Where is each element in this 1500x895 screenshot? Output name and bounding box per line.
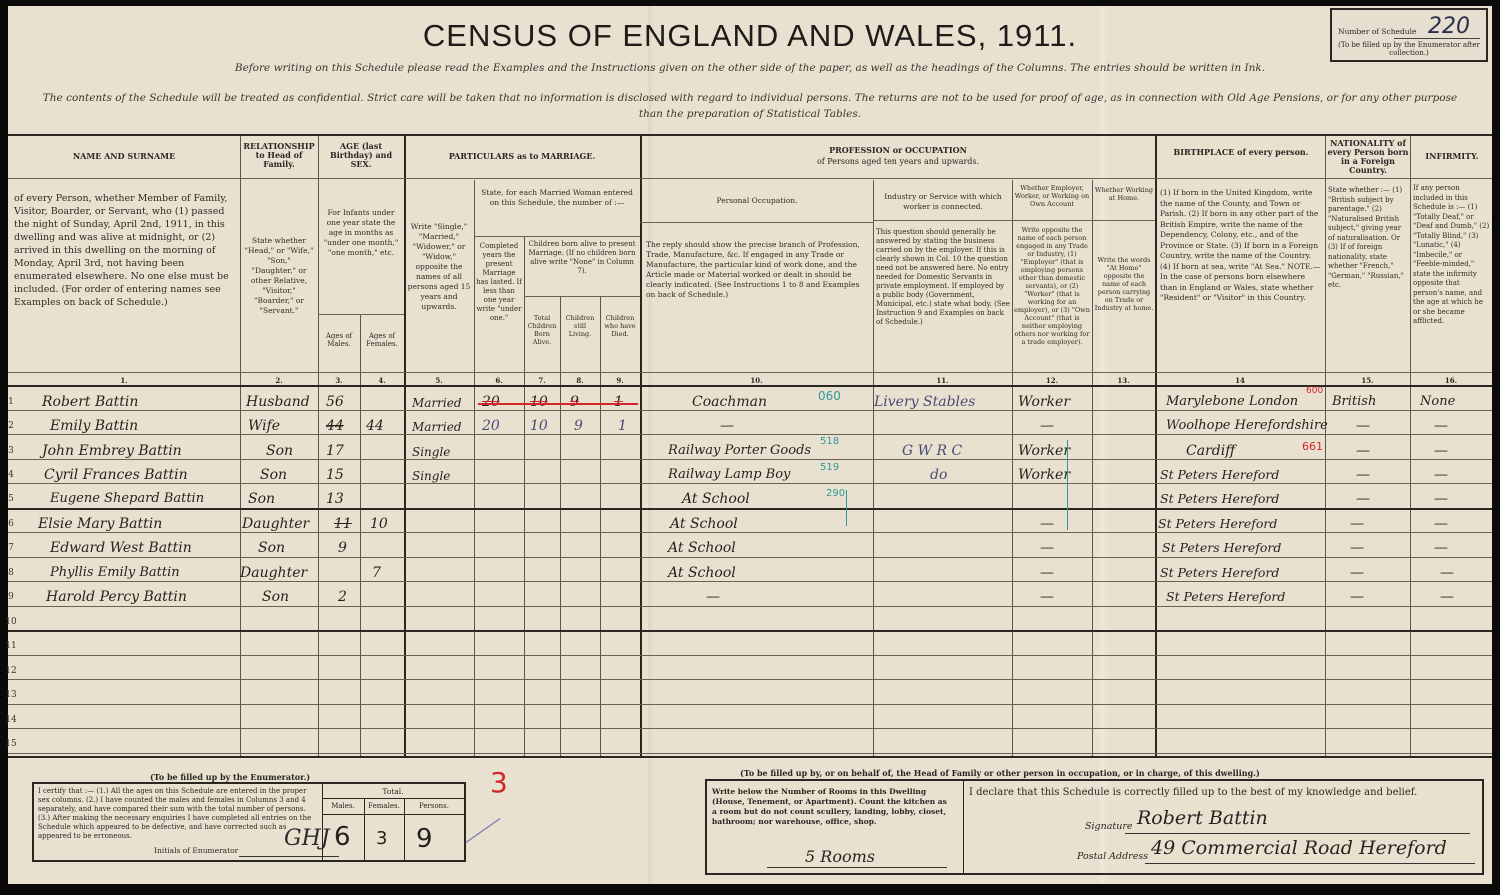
employer-instructions: Write opposite the name of each person e… — [1014, 226, 1090, 346]
row-divider — [8, 459, 1492, 460]
nationality: — — [1356, 418, 1370, 434]
column-number: 2. — [240, 376, 318, 385]
persons-label: Persons. — [404, 802, 464, 810]
employment-status: — — [1040, 418, 1054, 434]
column-number: 5. — [404, 376, 474, 385]
infirmity: — — [1434, 418, 1448, 434]
industry: G W R C — [902, 443, 962, 459]
nationality: — — [1356, 467, 1370, 483]
person-name: Cyril Frances Battin — [44, 467, 188, 483]
children-living: 9 — [570, 394, 579, 410]
row-number: 4 — [2, 470, 20, 480]
divider — [1012, 220, 1155, 221]
divider — [474, 236, 640, 237]
row-number: 14 — [2, 715, 20, 725]
row-divider — [8, 704, 1492, 705]
age-female: 44 — [366, 418, 384, 434]
infirmity: None — [1420, 394, 1455, 409]
signature-label: Signature — [1085, 821, 1133, 832]
infirmity: — — [1434, 491, 1448, 507]
occupation: At School — [682, 491, 750, 507]
schedule-note: (To be filled up by the Enumerator after… — [1336, 41, 1482, 57]
initials-label: Initials of Enumerator — [154, 846, 238, 855]
header-age: AGE (last Birthday) and SEX. — [320, 142, 402, 169]
children-total: 10 — [530, 418, 548, 434]
row-divider — [8, 532, 1492, 533]
occupation: Railway Porter Goods — [668, 443, 811, 458]
divider — [1325, 136, 1326, 756]
birthplace: St Peters Hereford — [1162, 540, 1281, 555]
children-total: 10 — [530, 394, 548, 410]
birthplace-code: 600 — [1306, 386, 1323, 396]
employment-status: — — [1040, 540, 1054, 556]
ages-males-label: Ages of Males. — [320, 332, 358, 348]
occupation-code: 290 — [826, 488, 845, 499]
relationship: Son — [260, 467, 287, 483]
person-name: Edward West Battin — [50, 540, 192, 556]
enumerator-check-mark — [846, 490, 847, 526]
signature: Robert Battin — [1137, 807, 1268, 829]
column-number: 8. — [560, 376, 600, 385]
divider — [240, 136, 241, 756]
birthplace: St Peters Hereford — [1158, 516, 1277, 531]
birthplace: Marylebone London — [1166, 394, 1298, 409]
person-name: John Embrey Battin — [42, 443, 182, 459]
age-male: 2 — [338, 589, 347, 605]
divider — [524, 296, 640, 297]
row-number: 5 — [2, 494, 20, 504]
divider — [873, 220, 1012, 221]
schedule-number-label: Number of Schedule — [1338, 27, 1416, 36]
employment-status: — — [1040, 589, 1054, 605]
person-name: Elsie Mary Battin — [38, 516, 162, 532]
females-label: Females. — [364, 802, 404, 810]
married-woman-instructions: State, for each Married Woman entered on… — [478, 188, 636, 208]
employer-label: Whether Employer, Worker, or Working on … — [1014, 184, 1090, 208]
red-annotation: 3 — [490, 766, 508, 799]
row-divider — [8, 679, 1492, 680]
age-instructions: For Infants under one year state the age… — [322, 208, 400, 258]
divider — [322, 814, 464, 815]
relationship: Daughter — [240, 565, 307, 581]
females-total: 3 — [376, 828, 387, 849]
relationship-instructions: State whether "Head," or "Wife," "Son," … — [244, 236, 314, 316]
birthplace: St Peters Hereford — [1160, 467, 1279, 482]
children-died: 1 — [614, 394, 623, 410]
row-divider — [8, 434, 1492, 435]
row-number: 2 — [2, 421, 20, 431]
nationality: — — [1356, 443, 1370, 459]
header-infirmity: INFIRMITY. — [1412, 152, 1492, 161]
rooms-count: 5 Rooms — [805, 847, 875, 866]
persons-total: 9 — [416, 824, 433, 854]
employment-status: Worker — [1018, 467, 1070, 483]
declaration: I declare that this Schedule is correctl… — [969, 787, 1417, 798]
divider — [1125, 833, 1470, 834]
industry: do — [930, 467, 947, 483]
column-number: 13. — [1092, 376, 1155, 385]
divider — [1092, 180, 1093, 756]
row-number: 12 — [2, 666, 20, 676]
column-number: 4. — [360, 376, 404, 385]
column-number: 1. — [8, 376, 240, 385]
column-number: 7. — [524, 376, 560, 385]
nationality: British — [1332, 394, 1376, 409]
divider — [873, 180, 874, 756]
divider — [767, 867, 947, 868]
row-number: 15 — [2, 739, 20, 749]
marital-condition: Single — [412, 445, 450, 459]
divider — [8, 178, 1492, 179]
row-number: 9 — [2, 592, 20, 602]
occupation-code: 518 — [820, 436, 839, 447]
males-label: Males. — [322, 802, 364, 810]
years-married-label: Completed years the present Marriage has… — [476, 242, 522, 323]
birthplace-instructions: (1) If born in the United Kingdom, write… — [1160, 188, 1322, 304]
divider — [1012, 180, 1013, 756]
marriage-condition-instructions: Write "Single," "Married," "Widower," or… — [406, 222, 472, 312]
divider — [318, 314, 404, 315]
divider — [239, 856, 339, 857]
divider — [322, 798, 464, 799]
header-occupation: PROFESSION or OCCUPATION — [642, 146, 1154, 155]
row-number: 6 — [2, 519, 20, 529]
row-divider — [8, 483, 1492, 484]
row-number: 10 — [2, 617, 20, 627]
occupation: — — [706, 589, 720, 605]
enumerator-box: I certify that :— (1.) All the ages on t… — [32, 782, 466, 862]
infirmity: — — [1440, 565, 1454, 581]
age-female: 7 — [372, 565, 381, 581]
row-divider — [8, 508, 1492, 510]
divider — [318, 136, 319, 756]
row-divider — [8, 581, 1492, 582]
occupation: At School — [668, 565, 736, 581]
divider — [474, 180, 475, 756]
row-number: 8 — [2, 568, 20, 578]
marital-condition: Single — [412, 469, 450, 483]
nationality: — — [1350, 516, 1364, 532]
personal-occupation-instructions: The reply should show the precise branch… — [646, 240, 868, 300]
column-number: 16. — [1410, 376, 1492, 385]
column-number: 9. — [600, 376, 640, 385]
person-name: Phyllis Emily Battin — [50, 565, 180, 580]
occupation-code: 060 — [818, 389, 841, 403]
marital-condition: Married — [412, 420, 462, 434]
row-number: 1 — [2, 397, 20, 407]
form-title: CENSUS OF ENGLAND AND WALES, 1911. — [0, 18, 1500, 54]
employment-status: Worker — [1018, 394, 1070, 410]
infirmity: — — [1434, 540, 1448, 556]
instruction-line: Before writing on this Schedule please r… — [0, 62, 1500, 74]
divider — [8, 385, 1492, 387]
row-divider — [8, 728, 1492, 729]
person-name: Emily Battin — [50, 418, 138, 434]
relationship: Son — [258, 540, 285, 556]
infirmity: — — [1434, 443, 1448, 459]
occupation-code: 519 — [820, 462, 839, 473]
enumerator-heading: (To be filled up by the Enumerator.) — [150, 772, 310, 782]
birthplace: St Peters Hereford — [1160, 491, 1279, 506]
children-born-heading: Children born alive to present Marriage.… — [526, 240, 638, 276]
enumerator-certification: I certify that :— (1.) All the ages on t… — [38, 787, 318, 841]
header-occupation-sub: of Persons aged ten years and upwards. — [642, 157, 1154, 166]
name-instructions: of every Person, whether Member of Famil… — [14, 192, 236, 309]
home-instructions: Write the words "At Home" opposite the n… — [1094, 256, 1154, 312]
age-male: 44 — [326, 418, 344, 434]
occupation: At School — [670, 516, 738, 532]
divider — [640, 222, 873, 223]
personal-occupation-label: Personal Occupation. — [644, 196, 870, 206]
age-female: 10 — [370, 516, 388, 532]
column-number: 14 — [1155, 376, 1325, 385]
row-divider — [8, 655, 1492, 656]
divider — [560, 296, 561, 756]
row-divider — [8, 630, 1492, 632]
birthplace-code: 661 — [1302, 440, 1323, 453]
nationality: — — [1356, 491, 1370, 507]
divider — [1145, 863, 1475, 864]
postal-address: 49 Commercial Road Hereford — [1151, 837, 1447, 859]
birthplace: St Peters Hereford — [1166, 589, 1285, 604]
relationship: Son — [248, 491, 275, 507]
divider — [963, 781, 964, 873]
row-number: 3 — [2, 446, 20, 456]
children-living-label: Children still Living. — [562, 314, 598, 338]
males-total: 6 — [334, 822, 351, 852]
age-male: 11 — [334, 516, 352, 532]
infirmity: — — [1434, 467, 1448, 483]
person-name: Harold Percy Battin — [46, 589, 187, 605]
employment-status: Worker — [1018, 443, 1070, 459]
relationship: Husband — [246, 394, 310, 410]
industry-instructions: This question should generally be answer… — [876, 228, 1010, 327]
confidential-line-1: The contents of the Schedule will be tre… — [0, 92, 1500, 104]
occupation: — — [720, 418, 734, 434]
person-name: Eugene Shepard Battin — [50, 491, 204, 506]
divider — [640, 136, 642, 756]
divider — [1410, 136, 1411, 756]
header-name: NAME AND SURNAME — [8, 152, 240, 161]
red-strike-line — [478, 403, 638, 405]
age-male: 13 — [326, 491, 344, 507]
marital-condition: Married — [412, 396, 462, 410]
row-divider — [8, 753, 1492, 754]
employment-status: — — [1040, 565, 1054, 581]
column-number: 3. — [318, 376, 360, 385]
divider — [524, 236, 525, 756]
children-died-label: Children who have Died. — [602, 314, 638, 338]
confidential-line-2: than the preparation of Statistical Tabl… — [0, 108, 1500, 120]
column-number: 15. — [1325, 376, 1410, 385]
occupation: At School — [668, 540, 736, 556]
relationship: Son — [266, 443, 293, 459]
column-number: 10. — [640, 376, 873, 385]
relationship: Daughter — [242, 516, 309, 532]
column-number: 6. — [474, 376, 524, 385]
schedule-number-box: Number of Schedule 220 (To be filled up … — [1330, 8, 1488, 62]
column-number: 12. — [1012, 376, 1092, 385]
occupation: Railway Lamp Boy — [668, 467, 790, 482]
header-nationality: NATIONALITY of every Person born in a Fo… — [1327, 139, 1409, 175]
rooms-instruction: Write below the Number of Rooms in this … — [712, 787, 952, 827]
nationality: — — [1350, 540, 1364, 556]
divider — [1155, 136, 1157, 756]
header-relationship: RELATIONSHIP to Head of Family. — [242, 142, 316, 169]
divider — [600, 296, 601, 756]
infirmity: — — [1440, 589, 1454, 605]
row-divider — [8, 557, 1492, 558]
children-total-label: Total Children Born Alive. — [526, 314, 558, 346]
age-male: 56 — [326, 394, 344, 410]
nationality-instructions: State whether :— (1) "British subject by… — [1328, 186, 1408, 291]
years-married: 20 — [482, 418, 500, 434]
header-birthplace: BIRTHPLACE of every person. — [1158, 148, 1324, 157]
relationship: Wife — [248, 418, 280, 434]
industry: Livery Stables — [874, 394, 976, 410]
children-living: 9 — [574, 418, 583, 434]
person-name: Robert Battin — [42, 394, 138, 410]
occupation: Coachman — [692, 394, 767, 410]
household-box: Write below the Number of Rooms in this … — [705, 779, 1484, 875]
birthplace: Woolhope Herefordshire — [1166, 418, 1328, 433]
total-label: Total. — [322, 787, 464, 796]
age-male: 15 — [326, 467, 344, 483]
home-label: Whether Working at Home. — [1094, 186, 1154, 202]
nationality: — — [1350, 565, 1364, 581]
household-heading: (To be filled up by, or on behalf of, th… — [740, 768, 1260, 778]
industry-label: Industry or Service with which worker is… — [876, 192, 1010, 212]
infirmity-instructions: If any person included in this Schedule … — [1413, 184, 1491, 327]
ages-females-label: Ages of Females. — [362, 332, 402, 348]
column-number: 11. — [873, 376, 1012, 385]
enumerator-check-mark — [1067, 440, 1068, 530]
birthplace: Cardiff — [1186, 443, 1235, 459]
row-divider — [8, 606, 1492, 607]
birthplace: St Peters Hereford — [1160, 565, 1279, 580]
address-label: Postal Address — [1077, 851, 1148, 862]
age-male: 17 — [326, 443, 344, 459]
schedule-number: 220 — [1428, 14, 1470, 39]
row-number: 13 — [2, 690, 20, 700]
row-number: 7 — [2, 543, 20, 553]
relationship: Son — [262, 589, 289, 605]
row-number: 11 — [2, 641, 20, 651]
children-died: 1 — [618, 418, 627, 434]
years-married: 20 — [482, 394, 500, 410]
infirmity: — — [1434, 516, 1448, 532]
header-marriage: PARTICULARS as to MARRIAGE. — [406, 152, 638, 161]
divider — [8, 372, 1492, 373]
age-male: 9 — [338, 540, 347, 556]
nationality: — — [1350, 589, 1364, 605]
employment-status: — — [1040, 516, 1054, 532]
